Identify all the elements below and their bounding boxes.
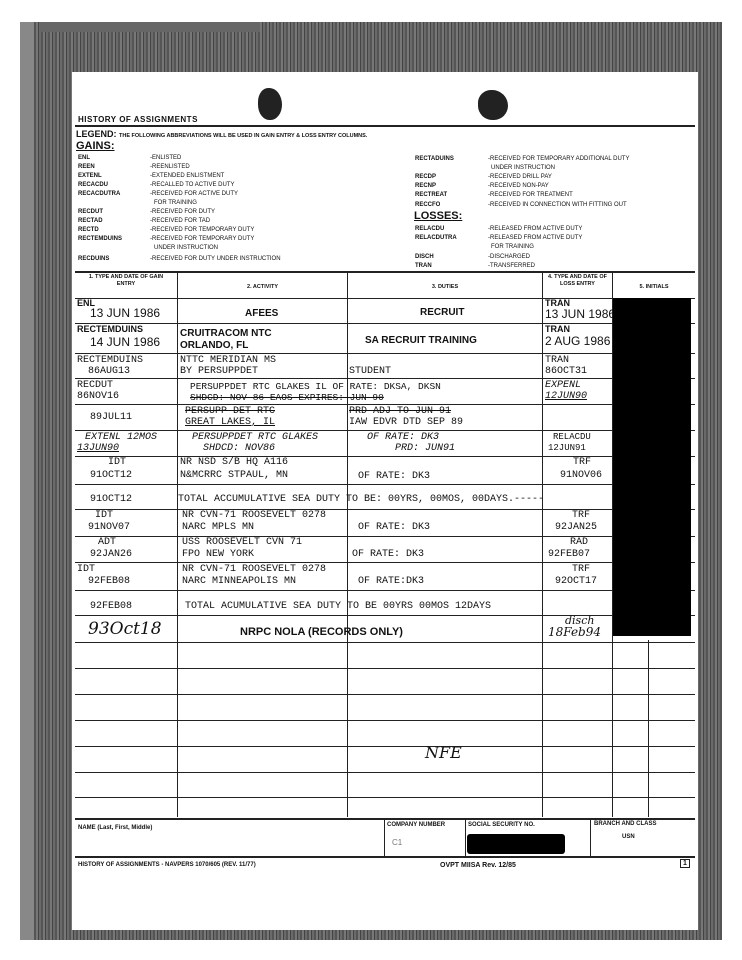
ssn-redaction	[467, 834, 565, 854]
scan-edge-top	[40, 22, 260, 32]
loss-type: RELACDU	[553, 432, 591, 443]
gain-type: RECDUT	[77, 380, 113, 391]
legend-abbr: RECDP	[415, 173, 436, 181]
duties: OF RATE:DK3	[358, 576, 424, 587]
legend-def: -TRANSFERRED	[488, 262, 535, 270]
duties: IAW EDVR DTD SEP 89	[349, 417, 463, 428]
row-divider	[75, 720, 695, 721]
legend-def: -EXTENDED ENLISTMENT	[150, 172, 224, 180]
row-divider	[75, 772, 695, 773]
activity: SHDCD: NOV86	[203, 443, 275, 454]
row-divider	[75, 562, 695, 563]
column-header-loss: 4. TYPE AND DATE OF LOSS ENTRY	[545, 274, 610, 287]
loss-type: RAD	[570, 537, 588, 548]
legend-abbr: RECTD	[78, 226, 99, 234]
legend-abbr: RECTEMDUINS	[78, 235, 122, 243]
gain-date: 91OCT12	[90, 494, 132, 505]
loss-date: 12JUN90	[545, 391, 587, 402]
legend-def: -RECEIVED FOR DUTY UNDER INSTRUCTION	[150, 255, 281, 263]
sea-duty-total: TOTAL ACCUMULATIVE SEA DUTY TO BE: 00YRS…	[178, 494, 544, 505]
loss-date: 2 AUG 1986	[545, 336, 610, 347]
legend-abbr: RECTADUINS	[415, 155, 454, 163]
table-header-border	[75, 298, 695, 299]
gain-date: 91OCT12	[90, 470, 132, 481]
gains-heading: GAINS:	[76, 140, 115, 152]
activity: NR NSD S/B HQ A116	[180, 457, 288, 468]
activity: PERSUPPDET RTC GLAKES	[192, 432, 318, 443]
handwritten-note: NFE	[425, 747, 462, 758]
column-header-activity: 2. ACTIVITY	[180, 284, 345, 291]
row-divider	[75, 353, 695, 354]
gain-date: 92FEB08	[90, 601, 132, 612]
gain-date: 92FEB08	[88, 576, 130, 587]
legend-def: -RECEIVED FOR TAD	[150, 217, 210, 225]
gain-type: EXTENL 12MOS	[85, 432, 157, 443]
loss-type: TRF	[572, 564, 590, 575]
initials-redaction	[613, 298, 691, 636]
legend-def: -RELEASED FROM ACTIVE DUTY	[488, 225, 582, 233]
legend-abbr: RECDUT	[78, 208, 103, 216]
duties: RECRUIT	[420, 307, 464, 318]
activity: NRPC NOLA (RECORDS ONLY)	[240, 627, 403, 638]
activity: AFEES	[245, 308, 278, 319]
row-divider	[75, 668, 695, 669]
branch-label: BRANCH AND CLASS	[594, 821, 656, 827]
activity: NARC MPLS MN	[182, 522, 254, 533]
divider	[75, 125, 695, 127]
row-divider	[75, 615, 695, 616]
activity: NR CVN-71 ROOSEVELT 0278	[182, 564, 326, 575]
legend-def: -DISCHARGED	[488, 253, 530, 261]
table-top-border	[75, 271, 695, 273]
loss-date: 92JAN25	[555, 522, 597, 533]
gain-type: RECTEMDUINS	[77, 324, 143, 335]
duties: OF RATE: DK3	[367, 432, 439, 443]
row-divider	[75, 323, 695, 324]
gain-date: 91NOV07	[88, 522, 130, 533]
form-title: HISTORY OF ASSIGNMENTS	[78, 115, 198, 124]
legend-def: -RECEIVED FOR DUTY	[150, 208, 215, 216]
legend-abbr: RECACDUTRA	[78, 190, 120, 198]
legend-def: -RECEIVED NON-PAY	[488, 182, 549, 190]
row-divider	[75, 797, 695, 798]
column-header-duties: 3. DUTIES	[350, 284, 540, 291]
legend-def: -RECEIVED DRILL PAY	[488, 173, 552, 181]
duties: SA RECRUIT TRAINING	[365, 335, 477, 346]
row-divider	[75, 746, 695, 747]
scan-edge-left	[20, 22, 34, 940]
form-identifier: HISTORY OF ASSIGNMENTS - NAVPERS 1070/60…	[78, 862, 256, 868]
loss-type: EXPENL	[545, 380, 581, 391]
loss-date: 92FEB07	[548, 549, 590, 560]
activity: NR CVN-71 ROOSEVELT 0278	[182, 510, 326, 521]
legend-abbr: REEN	[78, 163, 95, 171]
legend-label: LEGEND:	[76, 129, 117, 139]
duties: PRD: JUN91	[395, 443, 455, 454]
row-divider	[75, 456, 695, 457]
legend-abbr: RECTREAT	[415, 191, 447, 199]
legend-def: FOR TRAINING	[491, 243, 534, 251]
footer-divider	[384, 819, 385, 856]
loss-date: 13 JUN 1986	[545, 309, 615, 320]
activity: N&MCRRC STPAUL, MN	[180, 470, 288, 481]
activity: FPO NEW YORK	[182, 549, 254, 560]
row-divider	[75, 642, 695, 643]
legend-def: -RECEIVED FOR TEMPORARY DUTY	[150, 235, 254, 243]
legend-def: UNDER INSTRUCTION	[154, 244, 218, 252]
legend-heading: LEGEND: THE FOLLOWING ABBREVIATIONS WILL…	[76, 129, 367, 139]
legend-abbr: RECNP	[415, 182, 436, 190]
legend-abbr: TRAN	[415, 262, 432, 270]
loss-date: 12JUN91	[548, 443, 586, 454]
activity: CRUITRACOM NTC	[180, 328, 272, 339]
footer-divider	[590, 819, 591, 856]
row-divider	[75, 378, 695, 379]
activity: USS ROOSEVELT CVN 71	[182, 537, 302, 548]
loss-type: TRF	[573, 457, 591, 468]
loss-date: 92OCT17	[555, 576, 597, 587]
row-divider	[75, 536, 695, 537]
ssn-label: SOCIAL SECURITY NO.	[468, 822, 535, 828]
activity: BY PERSUPPDET	[180, 366, 258, 377]
legend-text: THE FOLLOWING ABBREVIATIONS WILL BE USED…	[119, 133, 367, 139]
column-divider	[648, 640, 649, 817]
table-bottom-border	[75, 818, 695, 820]
activity: NTTC MERIDIAN MS	[180, 355, 276, 366]
activity: ORLANDO, FL	[180, 340, 248, 351]
losses-heading: LOSSES:	[414, 210, 462, 222]
row-divider	[75, 430, 695, 431]
loss-date-handwritten: 18Feb94	[548, 627, 601, 638]
loss-date: 91NOV06	[560, 470, 602, 481]
gain-date: 89JUL11	[90, 412, 132, 423]
duties: OF RATE: DK3	[352, 549, 424, 560]
gain-date: 13 JUN 1986	[90, 308, 160, 319]
column-header-initials: 5. INITIALS	[614, 284, 694, 291]
row-divider	[75, 509, 695, 510]
loss-date: 86OCT31	[545, 366, 587, 377]
legend-abbr: RELACDU	[415, 225, 444, 233]
gain-date: 86AUG13	[88, 366, 130, 377]
gain-date: 92JAN26	[90, 549, 132, 560]
legend-def: -RECALLED TO ACTIVE DUTY	[150, 181, 234, 189]
legend-def: UNDER INSTRUCTION	[491, 164, 555, 172]
legend-abbr: RELACDUTRA	[415, 234, 457, 242]
punch-hole-mark-left	[258, 88, 282, 120]
duties: STUDENT	[349, 366, 391, 377]
company-number-label: COMPANY NUMBER	[387, 822, 445, 828]
legend-abbr: RECDUINS	[78, 255, 109, 263]
gain-date-handwritten: 93Oct18	[88, 624, 162, 635]
activity: NARC MINNEAPOLIS MN	[182, 576, 296, 587]
ovpt-revision: OVPT MIISA Rev. 12/85	[440, 862, 516, 869]
gain-type: IDT	[108, 457, 126, 468]
gain-type: ADT	[98, 537, 116, 548]
row-divider	[75, 404, 695, 405]
loss-type: TRAN	[545, 355, 569, 366]
company-number-value: C1	[392, 838, 402, 847]
punch-hole-mark-right	[478, 90, 508, 120]
legend-abbr: EXTENL	[78, 172, 102, 180]
duties: PRD ADJ TO JUN 91	[349, 406, 451, 417]
legend-def: FOR TRAINING	[154, 199, 197, 207]
gain-type: IDT	[77, 564, 95, 575]
activity: PERSUPPDET RTC GLAKES IL OF RATE: DKSA, …	[190, 381, 441, 392]
legend-abbr: RECCFO	[415, 201, 440, 209]
footer-border	[75, 856, 695, 858]
row-divider	[75, 694, 695, 695]
sea-duty-total: TOTAL ACUMULATIVE SEA DUTY TO BE 00YRS 0…	[185, 601, 491, 612]
row-divider	[75, 484, 695, 485]
legend-def: -RECEIVED FOR TREATMENT	[488, 191, 573, 199]
row-divider	[75, 590, 695, 591]
gain-type: RECTEMDUINS	[77, 355, 143, 366]
gain-date: 14 JUN 1986	[90, 337, 160, 348]
legend-abbr: DISCH	[415, 253, 434, 261]
legend-abbr: RECACDU	[78, 181, 108, 189]
legend-def: -RECEIVED FOR ACTIVE DUTY	[150, 190, 238, 198]
duties: OF RATE: DK3	[358, 471, 430, 482]
legend-def: -ENLISTED	[150, 154, 181, 162]
gain-date: 86NOV16	[77, 391, 119, 402]
legend-def: -RECEIVED FOR TEMPORARY DUTY	[150, 226, 254, 234]
name-label: NAME (Last, First, Middle)	[78, 825, 152, 831]
column-header-gain: 1. TYPE AND DATE OF GAIN ENTRY	[80, 274, 172, 287]
legend-abbr: RECTAD	[78, 217, 103, 225]
loss-type: TRF	[572, 510, 590, 521]
legend-abbr: ENL	[78, 154, 90, 162]
legend-def: -RECEIVED IN CONNECTION WITH FITTING OUT	[488, 201, 627, 209]
activity: PERSUPP DET RTC	[185, 406, 275, 417]
gain-date: 13JUN90	[77, 443, 119, 454]
legend-def: -RELEASED FROM ACTIVE DUTY	[488, 234, 582, 242]
gain-type: IDT	[95, 510, 113, 521]
legend-def: -RECEIVED FOR TEMPORARY ADDITIONAL DUTY	[488, 155, 629, 163]
legend-def: -REENLISTED	[150, 163, 190, 171]
activity: SHDCD: NOV 86 EAOS EXPIRES: JUN 90	[190, 392, 384, 403]
page-number: 1	[680, 859, 690, 868]
footer-divider	[465, 819, 466, 856]
duties: OF RATE: DK3	[358, 522, 430, 533]
activity: GREAT LAKES, IL	[185, 417, 275, 428]
branch-value: USN	[622, 834, 635, 840]
